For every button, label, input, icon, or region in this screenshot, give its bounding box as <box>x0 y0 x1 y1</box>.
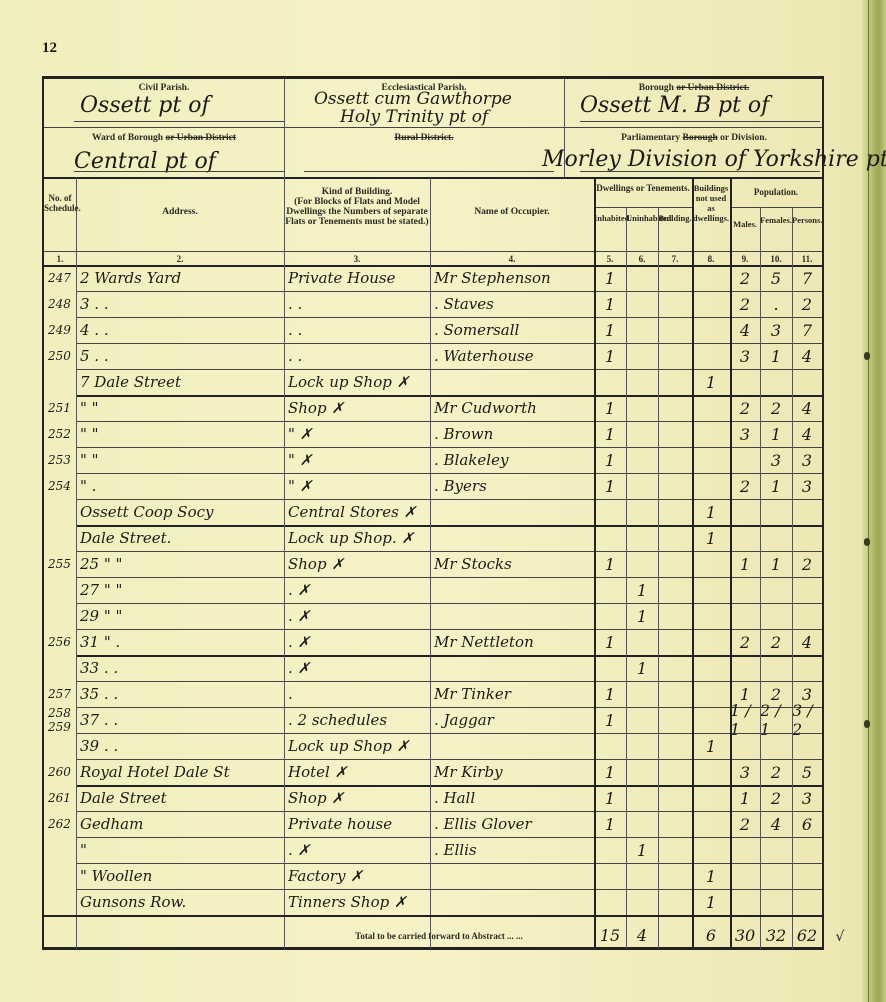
females: 2 <box>760 629 792 655</box>
females: 1 <box>760 473 792 499</box>
building <box>658 343 692 369</box>
address: 29 " " <box>76 603 284 629</box>
uninhabited <box>626 863 658 889</box>
uninhabited <box>626 447 658 473</box>
kind-of-building: . ✗ <box>284 629 430 655</box>
males <box>730 889 760 915</box>
schedule-number <box>44 525 76 551</box>
building <box>658 317 692 343</box>
kind-of-building: . <box>284 681 430 707</box>
schedule-number: 254 <box>44 473 76 499</box>
occupier-name: Mr Tinker <box>430 681 594 707</box>
inhabited: 1 <box>594 681 626 707</box>
building <box>658 577 692 603</box>
building <box>658 525 692 551</box>
building <box>658 395 692 421</box>
inhabited <box>594 603 626 629</box>
building <box>658 837 692 863</box>
building <box>658 499 692 525</box>
address: Dale Street. <box>76 525 284 551</box>
building <box>658 603 692 629</box>
occupier-name <box>430 525 594 551</box>
males <box>730 499 760 525</box>
uninhabited: 1 <box>626 837 658 863</box>
not-dwelling <box>692 317 730 343</box>
col-inhabited-header: Inhabited. <box>594 213 626 223</box>
uninhabited <box>626 265 658 291</box>
verification-tick: √ <box>830 925 850 949</box>
not-dwelling <box>692 629 730 655</box>
males: 2 <box>730 265 760 291</box>
col-not-dwelling-header: Buildings not used as dwellings. <box>692 183 730 223</box>
schedule-number <box>44 577 76 603</box>
inhabited: 1 <box>594 551 626 577</box>
address: 3 . . <box>76 291 284 317</box>
stitch-mark <box>864 538 870 546</box>
not-dwelling: 1 <box>692 863 730 889</box>
uninhabited <box>626 551 658 577</box>
col-persons-header: Persons. <box>792 215 822 225</box>
occupier-name <box>430 577 594 603</box>
address: " Woollen <box>76 863 284 889</box>
building <box>658 473 692 499</box>
column-number: 6. <box>626 254 658 264</box>
uninhabited <box>626 681 658 707</box>
kind-of-building: Lock up Shop ✗ <box>284 369 430 395</box>
occupier-name: . Brown <box>430 421 594 447</box>
persons <box>792 499 822 525</box>
females <box>760 603 792 629</box>
females: 4 <box>760 811 792 837</box>
not-dwelling <box>692 395 730 421</box>
not-dwelling <box>692 577 730 603</box>
persons <box>792 577 822 603</box>
kind-of-building: " ✗ <box>284 421 430 447</box>
not-dwelling <box>692 343 730 369</box>
borough-value: Ossett M. B pt of <box>580 93 769 118</box>
males <box>730 837 760 863</box>
occupier-name: . Somersall <box>430 317 594 343</box>
schedule-number: 255 <box>44 551 76 577</box>
schedule-number: 257 <box>44 681 76 707</box>
building <box>658 291 692 317</box>
males: 3 <box>730 759 760 785</box>
females <box>760 655 792 681</box>
kind-of-building: Hotel ✗ <box>284 759 430 785</box>
females: 3 <box>760 317 792 343</box>
building <box>658 759 692 785</box>
total-persons: 62 <box>792 923 822 947</box>
uninhabited <box>626 369 658 395</box>
column-number: 9. <box>730 254 760 264</box>
persons: 2 <box>792 291 822 317</box>
occupier-name: Mr Stephenson <box>430 265 594 291</box>
address: 4 . . <box>76 317 284 343</box>
col-dwellings-group-header: Dwellings or Tenements. <box>594 183 692 193</box>
occupier-name: . Blakeley <box>430 447 594 473</box>
building <box>658 811 692 837</box>
females: . <box>760 291 792 317</box>
inhabited <box>594 733 626 759</box>
column-number: 11. <box>792 254 822 264</box>
persons <box>792 863 822 889</box>
persons: 7 <box>792 265 822 291</box>
building <box>658 707 692 733</box>
schedule-number: 253 <box>44 447 76 473</box>
building <box>658 447 692 473</box>
schedule-number <box>44 889 76 915</box>
males: 1 <box>730 785 760 811</box>
civil-parish-label: Civil Parish. <box>44 83 284 93</box>
not-dwelling: 1 <box>692 889 730 915</box>
schedule-number <box>44 603 76 629</box>
address: 5 . . <box>76 343 284 369</box>
kind-of-building: Private house <box>284 811 430 837</box>
total-uninhabited: 4 <box>626 923 658 947</box>
uninhabited: 1 <box>626 577 658 603</box>
schedule-number: 258 259 <box>44 707 76 733</box>
males <box>730 603 760 629</box>
kind-of-building: . ✗ <box>284 655 430 681</box>
total-females: 32 <box>760 923 792 947</box>
building <box>658 369 692 395</box>
not-dwelling <box>692 265 730 291</box>
females: 5 <box>760 265 792 291</box>
occupier-name: . Ellis <box>430 837 594 863</box>
total-building <box>658 923 692 947</box>
kind-of-building: Central Stores ✗ <box>284 499 430 525</box>
kind-of-building: . . <box>284 317 430 343</box>
uninhabited <box>626 629 658 655</box>
kind-of-building: Shop ✗ <box>284 395 430 421</box>
inhabited: 1 <box>594 395 626 421</box>
col-population-group-header: Population. <box>730 187 822 197</box>
persons <box>792 369 822 395</box>
persons: 3 <box>792 785 822 811</box>
building <box>658 629 692 655</box>
males <box>730 577 760 603</box>
not-dwelling: 1 <box>692 369 730 395</box>
schedule-number <box>44 369 76 395</box>
males: 1 <box>730 551 760 577</box>
persons: 3 <box>792 473 822 499</box>
schedule-number <box>44 733 76 759</box>
column-number: 8. <box>692 254 730 264</box>
address: Royal Hotel Dale St <box>76 759 284 785</box>
uninhabited <box>626 785 658 811</box>
males: 2 <box>730 811 760 837</box>
inhabited: 1 <box>594 759 626 785</box>
schedule-number <box>44 499 76 525</box>
uninhabited <box>626 499 658 525</box>
occupier-name: . Jaggar <box>430 707 594 733</box>
uninhabited <box>626 733 658 759</box>
uninhabited: 1 <box>626 603 658 629</box>
kind-of-building: Tinners Shop ✗ <box>284 889 430 915</box>
uninhabited <box>626 707 658 733</box>
column-number: 7. <box>658 254 692 264</box>
kind-of-building: . ✗ <box>284 603 430 629</box>
not-dwelling <box>692 707 730 733</box>
address: " . <box>76 473 284 499</box>
females: 1 <box>760 343 792 369</box>
address: " " <box>76 421 284 447</box>
females <box>760 733 792 759</box>
not-dwelling: 1 <box>692 499 730 525</box>
females <box>760 525 792 551</box>
address: 25 " " <box>76 551 284 577</box>
building <box>658 733 692 759</box>
schedule-number: 256 <box>44 629 76 655</box>
not-dwelling <box>692 681 730 707</box>
col-uninhabited-header: Uninhabited. <box>626 213 658 223</box>
address: 31 " . <box>76 629 284 655</box>
females <box>760 499 792 525</box>
kind-of-building: Factory ✗ <box>284 863 430 889</box>
not-dwelling <box>692 811 730 837</box>
building <box>658 421 692 447</box>
females <box>760 863 792 889</box>
persons: 7 <box>792 317 822 343</box>
inhabited <box>594 577 626 603</box>
persons: 4 <box>792 395 822 421</box>
occupier-name <box>430 889 594 915</box>
uninhabited <box>626 291 658 317</box>
inhabited: 1 <box>594 265 626 291</box>
kind-of-building: . . <box>284 343 430 369</box>
rural-district-label: Rural District. <box>284 133 564 143</box>
inhabited: 1 <box>594 291 626 317</box>
not-dwelling <box>692 473 730 499</box>
ecclesiastical-parish-value-1: Ossett cum Gawthorpe <box>314 89 512 109</box>
schedule-number <box>44 837 76 863</box>
inhabited <box>594 837 626 863</box>
females <box>760 369 792 395</box>
ecclesiastical-parish-value-2: Holy Trinity pt of <box>340 107 488 127</box>
occupier-name: . Byers <box>430 473 594 499</box>
persons: 3 <box>792 447 822 473</box>
males: 2 <box>730 473 760 499</box>
occupier-name: Mr Cudworth <box>430 395 594 421</box>
occupier-name: . Waterhouse <box>430 343 594 369</box>
occupier-name: . Staves <box>430 291 594 317</box>
building <box>658 681 692 707</box>
kind-of-building: Shop ✗ <box>284 551 430 577</box>
schedule-number: 260 <box>44 759 76 785</box>
address: Gunsons Row. <box>76 889 284 915</box>
occupier-name <box>430 369 594 395</box>
males <box>730 733 760 759</box>
kind-of-building: Shop ✗ <box>284 785 430 811</box>
not-dwelling <box>692 447 730 473</box>
kind-of-building: " ✗ <box>284 447 430 473</box>
address: " <box>76 837 284 863</box>
occupier-name <box>430 499 594 525</box>
males <box>730 447 760 473</box>
inhabited: 1 <box>594 785 626 811</box>
address: 35 . . <box>76 681 284 707</box>
building <box>658 655 692 681</box>
persons <box>792 655 822 681</box>
kind-of-building: . ✗ <box>284 577 430 603</box>
occupier-name: . Ellis Glover <box>430 811 594 837</box>
males <box>730 525 760 551</box>
inhabited: 1 <box>594 421 626 447</box>
census-enumeration-sheet: Civil Parish. Ossett pt of Ecclesiastica… <box>42 76 824 950</box>
uninhabited <box>626 811 658 837</box>
inhabited: 1 <box>594 317 626 343</box>
inhabited <box>594 369 626 395</box>
address: " " <box>76 395 284 421</box>
inhabited: 1 <box>594 811 626 837</box>
occupier-name: Mr Kirby <box>430 759 594 785</box>
occupier-name <box>430 655 594 681</box>
kind-of-building: Lock up Shop ✗ <box>284 733 430 759</box>
schedule-number <box>44 863 76 889</box>
occupier-name <box>430 603 594 629</box>
not-dwelling <box>692 837 730 863</box>
col-building-header: Building. <box>658 213 692 223</box>
kind-of-building: . 2 schedules <box>284 707 430 733</box>
page-number: 12 <box>42 40 57 57</box>
persons <box>792 525 822 551</box>
males: 2 <box>730 291 760 317</box>
schedule-number: 250 <box>44 343 76 369</box>
occupier-name: Mr Stocks <box>430 551 594 577</box>
civil-parish-value: Ossett pt of <box>80 93 210 118</box>
building <box>658 265 692 291</box>
column-number: 4. <box>430 254 594 264</box>
building <box>658 863 692 889</box>
males: 4 <box>730 317 760 343</box>
persons: 4 <box>792 421 822 447</box>
schedule-number: 249 <box>44 317 76 343</box>
females: 2 / 1 <box>760 707 792 733</box>
not-dwelling <box>692 603 730 629</box>
total-not-dwelling: 6 <box>692 923 730 947</box>
address: 2 Wards Yard <box>76 265 284 291</box>
schedule-number: 261 <box>44 785 76 811</box>
stitch-mark <box>864 720 870 728</box>
uninhabited <box>626 889 658 915</box>
inhabited: 1 <box>594 343 626 369</box>
persons <box>792 603 822 629</box>
not-dwelling <box>692 759 730 785</box>
not-dwelling: 1 <box>692 733 730 759</box>
borough-label: Borough or Urban District. <box>564 83 824 93</box>
parliamentary-division-value: Morley Division of Yorkshire pt of <box>542 147 886 172</box>
persons: 4 <box>792 629 822 655</box>
females <box>760 837 792 863</box>
col-females-header: Females. <box>760 215 792 225</box>
occupier-name <box>430 733 594 759</box>
inhabited: 1 <box>594 629 626 655</box>
females: 1 <box>760 551 792 577</box>
inhabited <box>594 863 626 889</box>
uninhabited: 1 <box>626 655 658 681</box>
males <box>730 369 760 395</box>
uninhabited <box>626 395 658 421</box>
column-number: 1. <box>44 254 76 264</box>
males: 1 / 1 <box>730 707 760 733</box>
not-dwelling <box>692 655 730 681</box>
inhabited <box>594 525 626 551</box>
uninhabited <box>626 343 658 369</box>
kind-of-building: . ✗ <box>284 837 430 863</box>
schedule-number: 247 <box>44 265 76 291</box>
building <box>658 785 692 811</box>
column-number: 5. <box>594 254 626 264</box>
schedule-number <box>44 655 76 681</box>
persons: 3 / 2 <box>792 707 822 733</box>
total-males: 30 <box>730 923 760 947</box>
schedule-number: 251 <box>44 395 76 421</box>
uninhabited <box>626 759 658 785</box>
uninhabited <box>626 473 658 499</box>
persons <box>792 733 822 759</box>
inhabited <box>594 889 626 915</box>
kind-of-building: Lock up Shop. ✗ <box>284 525 430 551</box>
address: Ossett Coop Socy <box>76 499 284 525</box>
building <box>658 551 692 577</box>
schedule-number: 262 <box>44 811 76 837</box>
building <box>658 889 692 915</box>
males: 3 <box>730 421 760 447</box>
col-address-header: Address. <box>76 207 284 217</box>
females: 1 <box>760 421 792 447</box>
total-inhabited: 15 <box>594 923 626 947</box>
not-dwelling <box>692 421 730 447</box>
address: 7 Dale Street <box>76 369 284 395</box>
column-number: 10. <box>760 254 792 264</box>
ward-label: Ward of Borough or Urban District <box>44 133 284 143</box>
persons: 5 <box>792 759 822 785</box>
males: 2 <box>730 395 760 421</box>
persons: 4 <box>792 343 822 369</box>
uninhabited <box>626 317 658 343</box>
occupier-name: . Hall <box>430 785 594 811</box>
females: 3 <box>760 447 792 473</box>
not-dwelling: 1 <box>692 525 730 551</box>
kind-of-building: Private House <box>284 265 430 291</box>
parliamentary-division-label: Parliamentary Borough or Division. <box>564 133 824 143</box>
males <box>730 655 760 681</box>
occupier-name: Mr Nettleton <box>430 629 594 655</box>
not-dwelling <box>692 291 730 317</box>
address: 33 . . <box>76 655 284 681</box>
persons <box>792 889 822 915</box>
inhabited <box>594 655 626 681</box>
persons: 2 <box>792 551 822 577</box>
address: Dale Street <box>76 785 284 811</box>
inhabited <box>594 499 626 525</box>
persons: 6 <box>792 811 822 837</box>
stitch-mark <box>864 352 870 360</box>
inhabited: 1 <box>594 473 626 499</box>
col-occupier-header: Name of Occupier. <box>430 207 594 217</box>
col-kind-header: Kind of Building.(For Blocks of Flats an… <box>284 187 430 227</box>
col-schedule-header: No. of Schedule. <box>44 193 76 213</box>
males <box>730 863 760 889</box>
inhabited: 1 <box>594 707 626 733</box>
males: 3 <box>730 343 760 369</box>
kind-of-building: " ✗ <box>284 473 430 499</box>
address: 37 . . <box>76 707 284 733</box>
schedule-number: 252 <box>44 421 76 447</box>
uninhabited <box>626 421 658 447</box>
col-males-header: Males. <box>730 219 760 229</box>
inhabited: 1 <box>594 447 626 473</box>
